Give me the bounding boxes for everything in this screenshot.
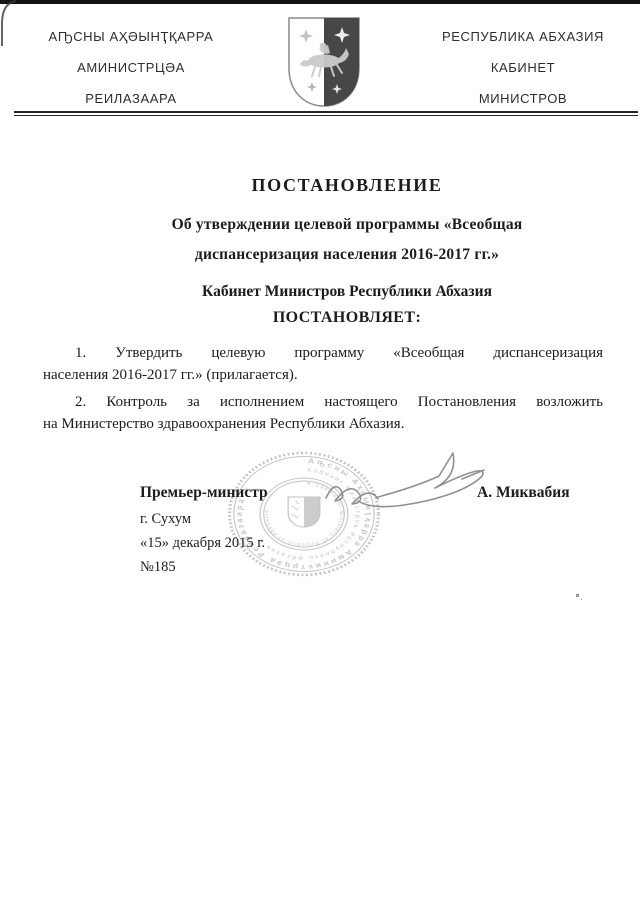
seal-ring-text-english: ★ Cabinet of Ministers of Republic of Ab… (264, 481, 345, 547)
official-seal-icon: Аҧсны Аҳәынҭқарра Аминистрцәа Реилазаара… (222, 446, 386, 582)
header-russian-line-2: КАБИНЕТ (410, 52, 636, 83)
svg-text:Аҧсны Аҳәынҭқарра Аминистрцәа: Аҧсны Аҳәынҭқарра Аминистрцәа Реилазаара… (234, 457, 374, 572)
signature-date: «15» декабря 2015 г. (140, 535, 265, 552)
paragraph-line: населения 2016-2017 гг.» (прилагается). (43, 364, 603, 386)
seal-ring-text-abkhaz: Аҧсны Аҳәынҭқарра Аминистрцәа Реилазаара… (234, 457, 374, 572)
paragraph-line: 1. Утвердить целевую программу «Всеобщая… (43, 342, 603, 364)
header-russian-line-1: РЕСПУБЛИКА АБХАЗИЯ (410, 21, 636, 52)
document-subject-line-2: диспансеризация населения 2016-2017 гг.» (54, 246, 640, 264)
svg-text:★ Cabinet of Ministers of Repu: ★ Cabinet of Ministers of Republic of Ab… (264, 481, 345, 547)
body-paragraph-2: 2. Контроль за исполнением настоящего По… (43, 391, 603, 435)
signature-city: г. Сухум (140, 511, 191, 528)
header-russian-line-3: МИНИСТРОВ (410, 83, 636, 114)
scan-speck (576, 594, 579, 597)
scan-edge-artifact-corner (0, 0, 20, 48)
decree-word: ПОСТАНОВЛЯЕТ: (54, 309, 640, 327)
scan-edge-artifact-top (0, 0, 640, 4)
header-abkhaz-line-3: РЕИЛАЗААРА (18, 83, 244, 114)
signer-post: Премьер-министр (140, 484, 268, 502)
document-subject-line-1: Об утверждении целевой программы «Всеобщ… (54, 216, 640, 234)
body-paragraph-1: 1. Утвердить целевую программу «Всеобщая… (43, 342, 603, 386)
signer-name: А. Миквабия (477, 484, 570, 502)
header-russian-column: РЕСПУБЛИКА АБХАЗИЯ КАБИНЕТ МИНИСТРОВ (410, 21, 636, 114)
seal-center-shield (288, 497, 320, 527)
issuing-body: Кабинет Министров Республики Абхазия (54, 283, 640, 301)
svg-text:Кабинет Министров Республики А: Кабинет Министров Республики Абхазия ★ (255, 467, 361, 561)
header-abkhaz-line-2: АМИНИСТРЦӘА (18, 52, 244, 83)
document-title: ПОСТАНОВЛЕНИЕ (54, 175, 640, 196)
paragraph-line: на Министерство здравоохранения Республи… (43, 413, 603, 435)
paragraph-line: 2. Контроль за исполнением настоящего По… (43, 391, 603, 413)
abkhazia-coat-of-arms-icon (287, 16, 361, 108)
header-divider (14, 111, 638, 116)
seal-ring-text-russian: Кабинет Министров Республики Абхазия ★ (255, 467, 361, 561)
scanned-decree-page: АҦСНЫ АҲӘЫНҬҚАРРА АМИНИСТРЦӘА РЕИЛАЗААРА… (0, 0, 640, 905)
decree-number: №185 (140, 559, 176, 576)
header-abkhaz-line-1: АҦСНЫ АҲӘЫНҬҚАРРА (18, 21, 244, 52)
header-abkhaz-column: АҦСНЫ АҲӘЫНҬҚАРРА АМИНИСТРЦӘА РЕИЛАЗААРА (18, 21, 244, 114)
